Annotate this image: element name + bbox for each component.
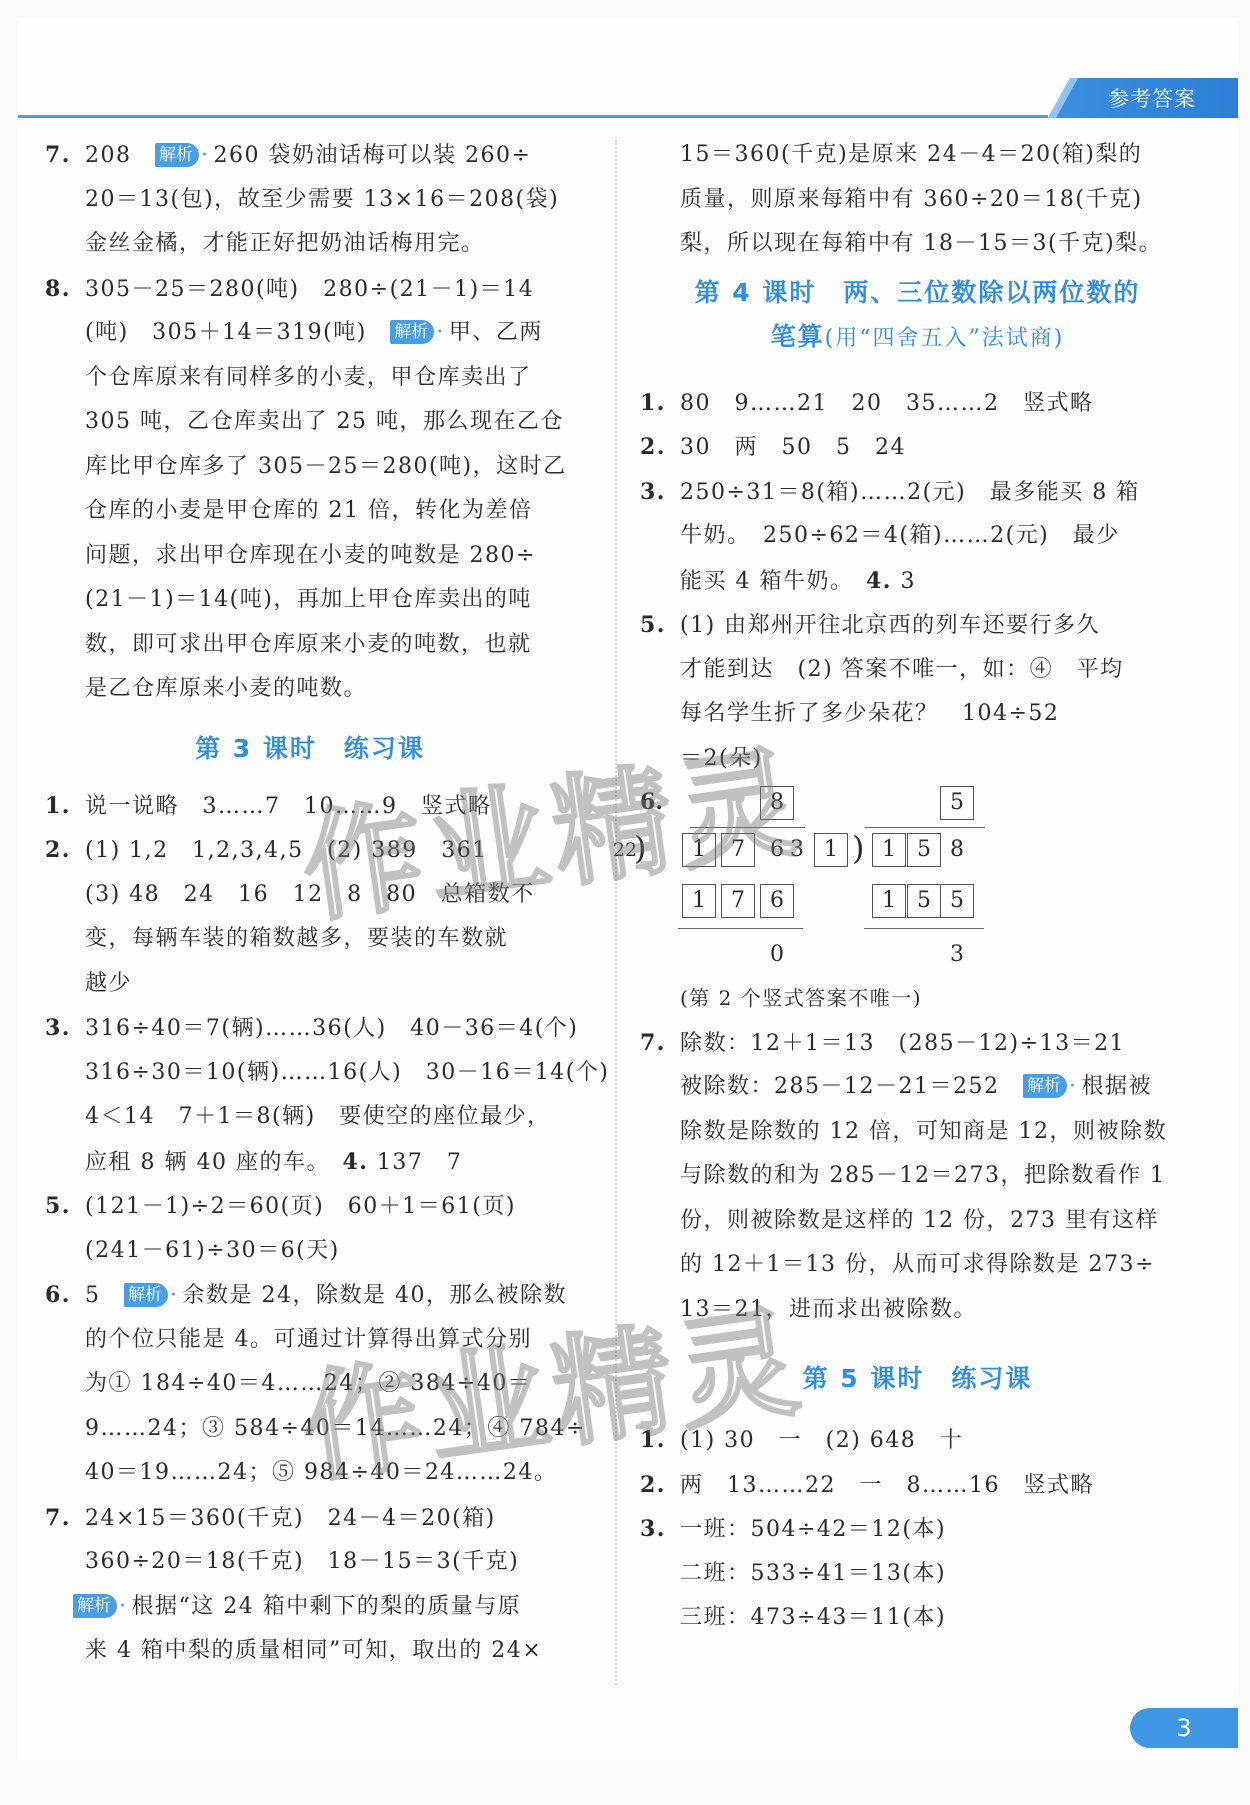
answer-item: 质量，则原来每箱中有 360÷20＝18(千克) [640, 178, 1195, 223]
answer-line: 问题，求出甲仓库现在小麦的吨数是 280÷ [45, 534, 575, 579]
lesson-4-answers: 1.80 9……21 20 35……2 竖式略2.30 两 50 5 243.2… [640, 381, 1195, 782]
title-sub: (用“四舍五入”法试商) [825, 326, 1065, 351]
answer-line: 的个位只能是 4。可通过计算得出算式分别 [45, 1318, 575, 1363]
answer-line: 9……24；③ 584÷40＝14……24；④ 784÷ [45, 1407, 575, 1452]
answer-key-badge: 参考答案 [1048, 78, 1238, 118]
answer-item: 1.80 9……21 20 35……2 竖式略 [640, 381, 1195, 426]
product-box: 5 [940, 884, 974, 918]
answer-line: 3.一班：504÷42＝12(本) [640, 1507, 1195, 1552]
analysis-tag: 解析 [73, 1594, 117, 1618]
answer-line: 7.除数：12＋1＝13 (285－12)÷13＝21 [640, 1021, 1195, 1066]
answer-line: (21－1)＝14(吨)，再加上甲仓库卖出的吨 [45, 578, 575, 623]
tag-dot-icon: · [201, 143, 210, 168]
right-column: 15＝360(千克)是原来 24－4＝20(箱)梨的质量，则原来每箱中有 360… [640, 133, 1195, 1641]
section-subtitle-lesson-4: 笔算(用“四舍五入”法试商) [640, 315, 1195, 359]
tag-dot-icon: · [119, 1594, 128, 1619]
answer-line: 1.说一说略 3……7 10……9 竖式略 [45, 784, 575, 829]
answer-line: 除数是除数的 12 倍，可知商是 12，则被除数 [640, 1110, 1195, 1155]
answer-line: 是乙仓库原来小麦的吨数。 [45, 667, 575, 712]
dividend-box: 1 [682, 833, 716, 867]
answer-line: 数，即可求出甲仓库原来小麦的吨数，也就 [45, 623, 575, 668]
answer-line: 2.两 13……22 一 8……16 竖式略 [640, 1463, 1195, 1508]
question-number: 4. [342, 1149, 368, 1175]
lesson-3-answers: 1.说一说略 3……7 10……9 竖式略2.(1) 1,2 1,2,3,4,5… [45, 784, 575, 1674]
answer-item: 1.(1) 30 一 (2) 648 十 [640, 1418, 1195, 1463]
answer-item: 2.两 13……22 一 8……16 竖式略 [640, 1463, 1195, 1508]
remainder: 0 [760, 938, 794, 972]
answer-line: 金丝金橘，才能正好把奶油话梅用完。 [45, 222, 575, 267]
answer-line: 5.(121－1)÷2＝60(页) 60＋1＝61(页) [45, 1184, 575, 1229]
answer-line: 二班：533÷41＝13(本) [640, 1552, 1195, 1597]
answer-item: 1.说一说略 3……7 10……9 竖式略 [45, 784, 575, 829]
answer-line: 7.208 解析·260 袋奶油话梅可以装 260÷ [45, 133, 575, 178]
tag-dot-icon: · [170, 1283, 179, 1308]
answer-line: 5.(1) 由郑州开往北京西的列车还要行多久 [640, 603, 1195, 648]
division-bar [865, 827, 985, 828]
answer-line: 1.(1) 30 一 (2) 648 十 [640, 1418, 1195, 1463]
answer-line: ＝2(朵) [640, 737, 1195, 782]
answer-item: 7.208 解析·260 袋奶油话梅可以装 260÷20＝13(包)，故至少需要… [45, 133, 575, 267]
divisor-digit: 3 [780, 833, 814, 867]
question-number: 3. [640, 1507, 680, 1552]
product-box: 6 [760, 884, 794, 918]
answers-continued: 7.208 解析·260 袋奶油话梅可以装 260÷20＝13(包)，故至少需要… [45, 133, 575, 712]
answer-line: 2.(1) 1,2 1,2,3,4,5 (2) 389 361 [45, 828, 575, 873]
answer-item: 梨，所以现在每箱中有 18－15＝3(千克)梨。 [640, 222, 1195, 267]
answer-line: 被除数：285－12－21＝252 解析·根据被 [640, 1065, 1195, 1110]
subtraction-line [678, 928, 803, 929]
answer-line: 解析·根据“这 24 箱中剩下的梨的质量与原 [45, 1585, 575, 1630]
question-number: 7. [45, 1496, 85, 1541]
answer-line: 1.80 9……21 20 35……2 竖式略 [640, 381, 1195, 426]
question-number: 1. [640, 381, 680, 426]
answer-line: 质量，则原来每箱中有 360÷20＝18(千克) [640, 178, 1195, 223]
answer-line: 越少 [45, 962, 575, 1007]
dividend-box: 5 [907, 833, 941, 867]
tag-dot-icon: · [436, 320, 445, 345]
dividend-box: 1 [872, 833, 906, 867]
analysis-tag: 解析 [1023, 1074, 1067, 1098]
answer-line: (吨) 305＋14＝319(吨) 解析·甲、乙两 [45, 311, 575, 356]
answer-item: 5.(121－1)÷2＝60(页) 60＋1＝61(页)(241－61)÷30＝… [45, 1184, 575, 1273]
question-number: 7. [45, 133, 85, 178]
analysis-tag: 解析 [124, 1283, 168, 1307]
lesson-5-answers: 1.(1) 30 一 (2) 648 十2.两 13……22 一 8……16 竖… [640, 1418, 1195, 1641]
product-box: 1 [872, 884, 906, 918]
answer-line: 305 吨，乙仓库卖出了 25 吨，那么现在乙仓 [45, 400, 575, 445]
answer-line: 8.305－25＝280(吨) 280÷(21－1)＝14 [45, 267, 575, 312]
answer-line: 能买 4 箱牛奶。 4. 3 [640, 559, 1195, 604]
product-box: 5 [907, 884, 941, 918]
answer-line: 三班：473÷43＝11(本) [640, 1596, 1195, 1641]
answer-line: 牛奶。 250÷62＝4(箱)……2(元) 最少 [640, 514, 1195, 559]
answer-line: 仓库的小麦是甲仓库的 21 倍，转化为差倍 [45, 489, 575, 534]
answer-line: (241－61)÷30＝6(天) [45, 1229, 575, 1274]
question-7-answer: 7.除数：12＋1＝13 (285－12)÷13＝21被除数：285－12－21… [640, 1021, 1195, 1333]
quotient-box: 8 [760, 786, 794, 820]
answer-line: 360÷20＝18(千克) 18－15＝3(千克) [45, 1540, 575, 1585]
answer-line: (3) 48 24 16 12 8 80 总箱数不 [45, 873, 575, 918]
answer-item: 3.一班：504÷42＝12(本)二班：533÷41＝13(本)三班：473÷4… [640, 1507, 1195, 1641]
title-main: 笔算 [771, 322, 825, 351]
answer-line: 个仓库原来有同样多的小麦，甲仓库卖出了 [45, 356, 575, 401]
answer-line: 应租 8 辆 40 座的车。 4. 137 7 [45, 1140, 575, 1185]
answer-line: 3.250÷31＝8(箱)……2(元) 最多能买 8 箱 [640, 470, 1195, 515]
answer-item: 2.(1) 1,2 1,2,3,4,5 (2) 389 361(3) 48 24… [45, 828, 575, 1006]
section-title-lesson-3: 第 3 课时 练习课 [45, 718, 575, 780]
answer-line: 13＝21，进而求出被除数。 [640, 1288, 1195, 1333]
section-title-lesson-4: 第 4 课时 两、三位数除以两位数的 [640, 271, 1195, 315]
answer-item: 3.316÷40＝7(辆)……36(人) 40－36＝4(个)316÷30＝10… [45, 1006, 575, 1184]
answer-line: 的 12＋1＝13 份，从而可求得除数是 273÷ [640, 1243, 1195, 1288]
answer-item: 15＝360(千克)是原来 24－4＝20(箱)梨的 [640, 133, 1195, 178]
answer-line: 变，每辆车装的箱数越多，要装的车数就 [45, 917, 575, 962]
quotient-box: 5 [940, 786, 974, 820]
answer-line: 与除数的和为 285－12＝273，把除数看作 1 [640, 1154, 1195, 1199]
page-number: 3 [1130, 1708, 1238, 1748]
answer-line: 6.5 解析·余数是 24，除数是 40，那么被除数 [45, 1273, 575, 1318]
answer-line: 2.30 两 50 5 24 [640, 425, 1195, 470]
question-number: 4. [866, 568, 892, 594]
product-box: 1 [682, 884, 716, 918]
tag-dot-icon: · [1069, 1074, 1078, 1099]
remainder: 3 [940, 938, 974, 972]
analysis-tag: 解析 [155, 143, 199, 167]
answer-line: 份，则被除数是这样的 12 份，273 里有这样 [640, 1199, 1195, 1244]
answer-item: 2.30 两 50 5 24 [640, 425, 1195, 470]
question-number: 2. [640, 425, 680, 470]
answer-7-continued: 15＝360(千克)是原来 24－4＝20(箱)梨的质量，则原来每箱中有 360… [640, 133, 1195, 267]
dividend-digit: 8 [940, 833, 974, 867]
header-rule [18, 115, 1048, 118]
answer-item: 7.除数：12＋1＝13 (285－12)÷13＝21被除数：285－12－21… [640, 1021, 1195, 1333]
answer-line: 来 4 箱中梨的质量相同”可知，取出的 24× [45, 1629, 575, 1674]
question-number: 5. [45, 1184, 85, 1229]
answer-line: 库比甲仓库多了 305－25＝280(吨)，这时乙 [45, 445, 575, 490]
question-number: 3. [45, 1006, 85, 1051]
answer-item: 5.(1) 由郑州开往北京西的列车还要行多久才能到达 (2) 答案不唯一，如：④… [640, 603, 1195, 781]
answer-line: 3.316÷40＝7(辆)……36(人) 40－36＝4(个) [45, 1006, 575, 1051]
answer-line: 4＜14 7＋1＝8(辆) 要使空的座位最少， [45, 1095, 575, 1140]
question-number: 2. [640, 1463, 680, 1508]
question-number: 7. [640, 1021, 680, 1066]
answer-line: 梨，所以现在每箱中有 18－15＝3(千克)梨。 [640, 222, 1195, 267]
answer-item: 6.5 解析·余数是 24，除数是 40，那么被除数的个位只能是 4。可通过计算… [45, 1273, 575, 1496]
subtraction-line [864, 928, 984, 929]
answer-line: 15＝360(千克)是原来 24－4＝20(箱)梨的 [640, 133, 1195, 178]
analysis-tag: 解析 [390, 320, 434, 344]
answer-line: 才能到达 (2) 答案不唯一，如：④ 平均 [640, 648, 1195, 693]
division-bracket: ) [634, 831, 646, 865]
answer-item: 3.250÷31＝8(箱)……2(元) 最多能买 8 箱牛奶。 250÷62＝4… [640, 470, 1195, 604]
answer-item: 8.305－25＝280(吨) 280÷(21－1)＝14(吨) 305＋14＝… [45, 267, 575, 712]
question-number: 8. [45, 267, 85, 312]
section-title-lesson-5: 第 5 课时 练习课 [640, 1348, 1195, 1410]
product-box: 7 [721, 884, 755, 918]
question-number: 6. [45, 1273, 85, 1318]
division-bracket: ) [852, 831, 864, 865]
question-number: 6. [640, 789, 680, 815]
left-column: 7.208 解析·260 袋奶油话梅可以装 260÷20＝13(包)，故至少需要… [45, 133, 575, 1674]
answer-line: 40＝19……24；⑤ 984÷40＝24……24。 [45, 1451, 575, 1496]
question-number: 1. [640, 1418, 680, 1463]
answer-line: 316÷30＝10(辆)……16(人) 30－16＝14(个) [45, 1051, 575, 1096]
answer-line: 每名学生折了多少朵花？ 104÷52 [640, 692, 1195, 737]
question-number: 1. [45, 784, 85, 829]
question-number: 2. [45, 828, 85, 873]
divisor-box: 1 [814, 833, 848, 867]
answer-line: 7.24×15＝360(千克) 24－4＝20(箱) [45, 1496, 575, 1541]
question-6-long-division: 6. 8 22 ) 1 7 6 1 7 6 0 5 3 1 ) 1 5 8 1 … [640, 781, 1195, 996]
dividend-box: 7 [721, 833, 755, 867]
column-divider [615, 140, 617, 1685]
division-bar [690, 827, 805, 828]
answer-line: 为① 184÷40＝4……24；② 384÷40＝ [45, 1362, 575, 1407]
question-number: 3. [640, 470, 680, 515]
answer-item: 7.24×15＝360(千克) 24－4＝20(箱)360÷20＝18(千克) … [45, 1496, 575, 1674]
answer-line: 20＝13(包)，故至少需要 13×16＝208(袋) [45, 178, 575, 223]
question-number: 5. [640, 603, 680, 648]
